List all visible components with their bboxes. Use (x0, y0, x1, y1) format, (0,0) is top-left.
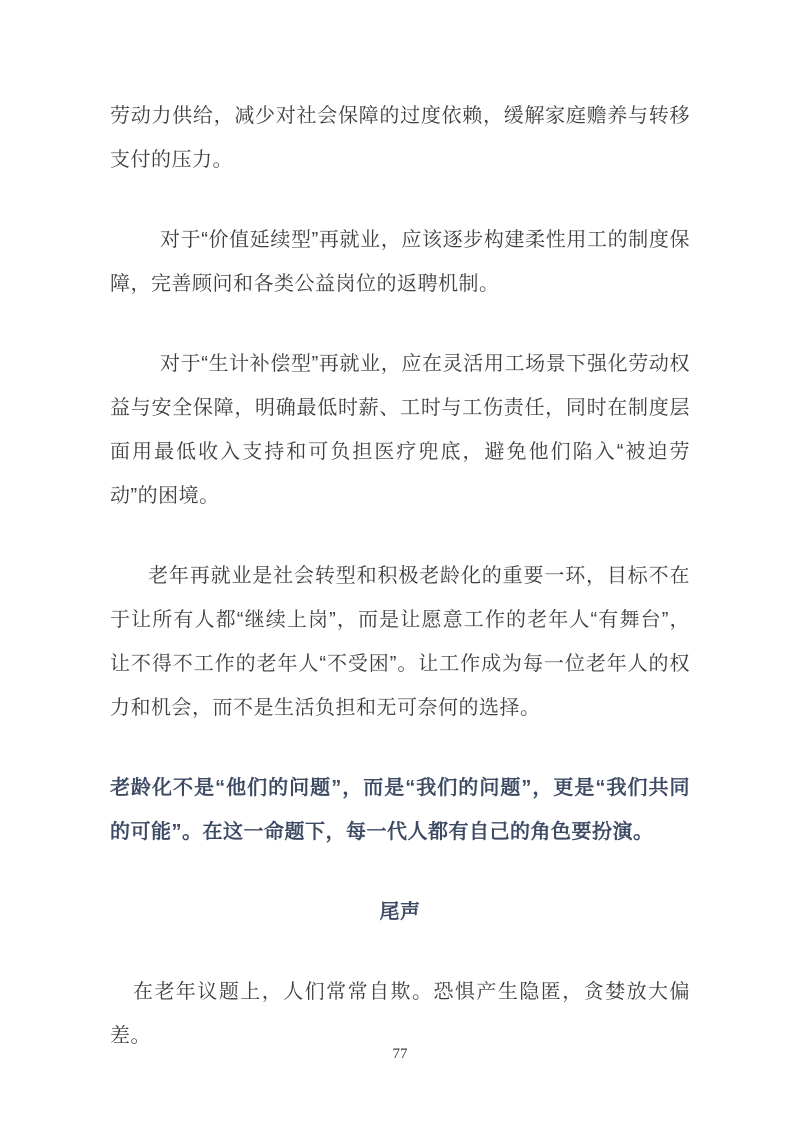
paragraph-livelihood-compensation-reemployment: 对于“生计补偿型”再就业，应在灵活用工场景下强化劳动权益与安全保障，明确最低时薪… (110, 342, 690, 518)
page-number: 77 (0, 1046, 800, 1063)
paragraph-reemployment-goal: 老年再就业是社会转型和积极老龄化的重要一环，目标不在于让所有人都“继续上岗”，而… (110, 554, 690, 730)
paragraph-labor-supply: 劳动力供给，减少对社会保障的过度依赖，缓解家庭赡养与转移支付的压力。 (110, 94, 690, 182)
paragraph-value-continuation-reemployment: 对于“价值延续型”再就业，应该逐步构建柔性用工的制度保障，完善顾问和各类公益岗位… (110, 218, 690, 306)
paragraph-self-deception: 在老年议题上，人们常常自欺。恐惧产生隐匿，贪婪放大偏差。 (110, 970, 690, 1058)
document-page: 劳动力供给，减少对社会保障的过度依赖，缓解家庭赡养与转移支付的压力。 对于“价值… (0, 0, 800, 1131)
epilogue-section-heading: 尾声 (110, 890, 690, 934)
paragraph-aging-our-problem: 老龄化不是“他们的问题”，而是“我们的问题”，更是“我们共同的可能”。在这一命题… (110, 766, 690, 854)
page-content: 劳动力供给，减少对社会保障的过度依赖，缓解家庭赡养与转移支付的压力。 对于“价值… (110, 94, 690, 1094)
